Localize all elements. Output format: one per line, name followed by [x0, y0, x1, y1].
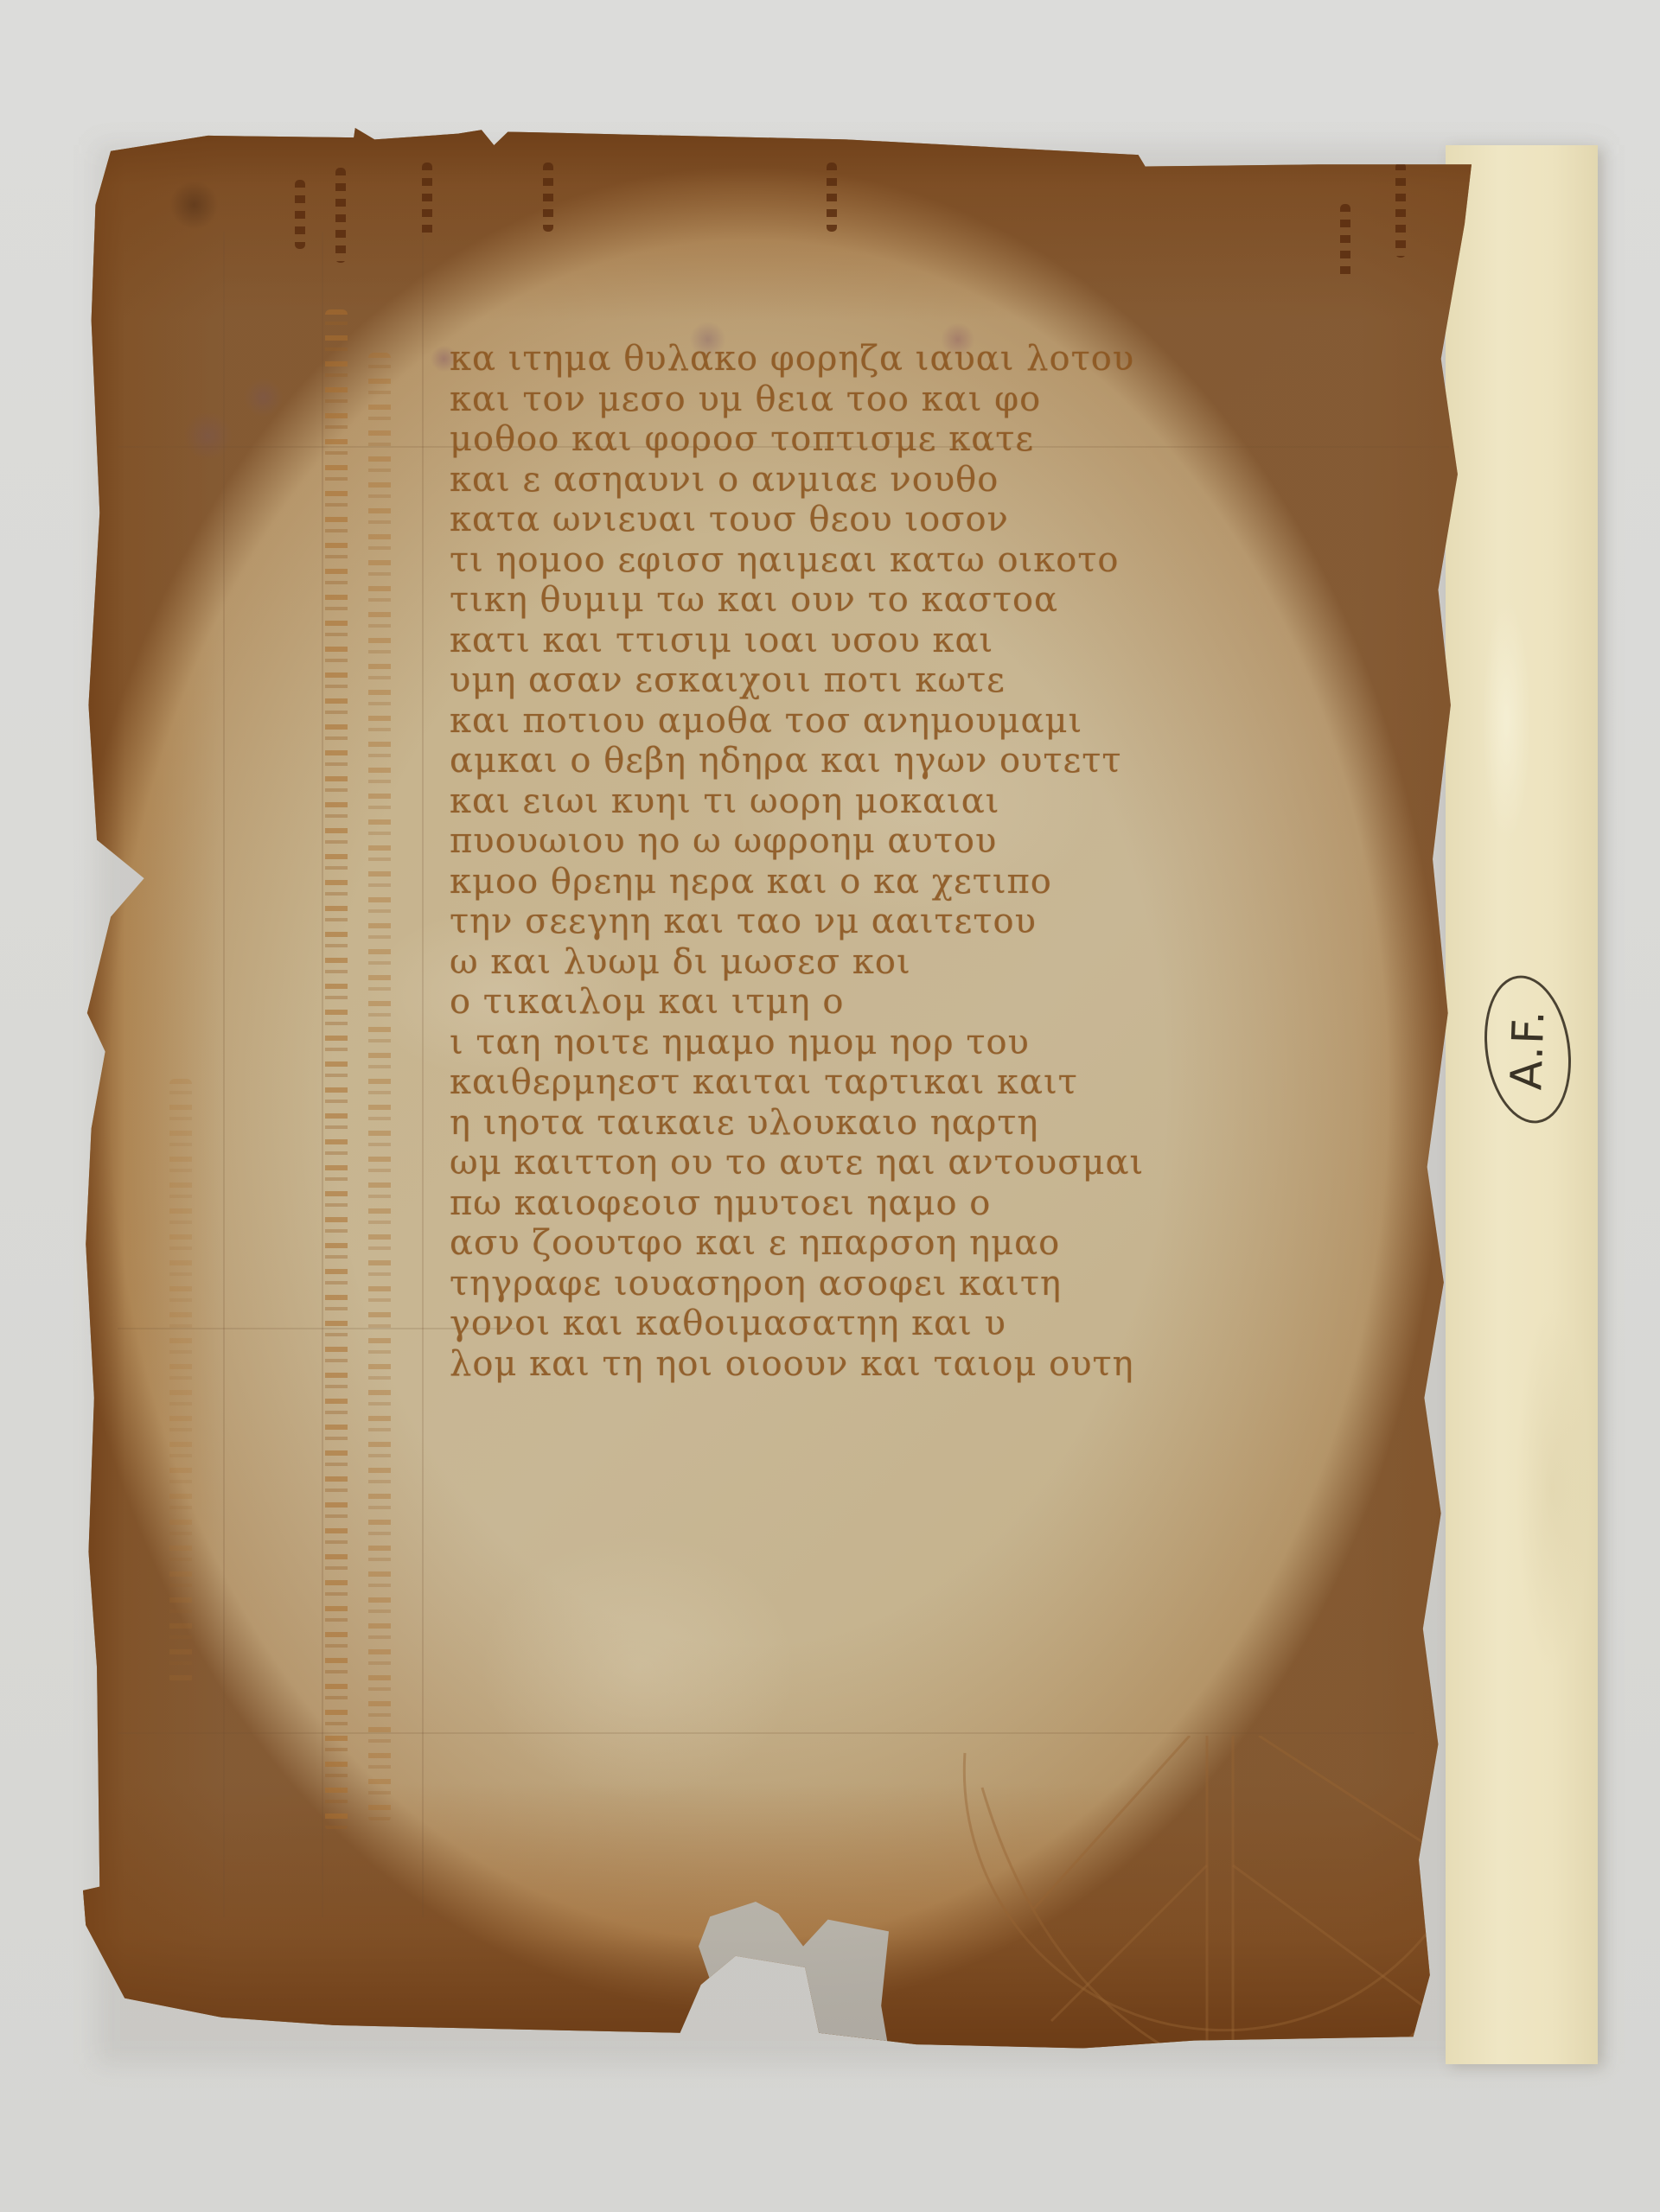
text-line: υμη ασαν εσκαιχοιι ποτι κωτε [450, 660, 1444, 701]
marginal-marks [543, 163, 553, 232]
text-line: κατα ωνιευαι τουσ θεου ιοσον [450, 500, 1444, 540]
ruling-line-horizontal [118, 1732, 1414, 1734]
marginal-marks [1395, 163, 1406, 258]
undertext-column [169, 1079, 192, 1684]
marginal-marks [422, 163, 432, 240]
marginal-marks [1340, 204, 1350, 282]
text-line: καιθερμηεστ καιται ταρτικαι καιτ [450, 1062, 1444, 1103]
text-line: πω καιοφεοισ ημυτοει ηαμο ο [450, 1183, 1444, 1224]
text-line: μοθοο και φοροσ τοπτισμε κατε [450, 419, 1444, 460]
text-line: τι ηομοο εφισσ ηαιμεαι κατω οικοτο [450, 540, 1444, 581]
marginal-marks [827, 163, 837, 232]
text-line: και τον μεσο υμ θεια τοο και φο [450, 379, 1444, 420]
text-line: ι ταη ηοιτε ημαμο ημομ ηορ του [450, 1023, 1444, 1063]
text-line: κατι και ττισιμ ιοαι υσου και [450, 621, 1444, 661]
text-line: η ιηοτα ταικαιε υλουκαιο ηαρτη [450, 1103, 1444, 1144]
text-line: ασυ ζοουτφο και ε ηπαρσοη ημαο [450, 1223, 1444, 1264]
text-line: τηγραφε ιουασηροη ασοφει καιτη [450, 1264, 1444, 1304]
text-line: αμκαι ο θεβη ηδηρα και ηγων ουτεττ [450, 741, 1444, 781]
ruling-line-vertical [223, 232, 225, 1917]
text-line: και ε ασηαυνι ο ανμιαε νουθο [450, 460, 1444, 500]
shelfmark-text: A.F. [1501, 1008, 1554, 1091]
text-line: την σεεγηη και ταο νμ ααιτετου [450, 902, 1444, 942]
text-line: και ειωι κυηι τι ωορη μοκαιαι [450, 781, 1444, 822]
text-line: ωμ καιττοη ου το αυτε ηαι αντουσμαι [450, 1143, 1444, 1183]
text-line: λομ και τη ηοι οιοουν και ταιομ ουτη [450, 1344, 1444, 1385]
main-text-column: κα ιτημα θυλακο φορηζα ιαυαι λοτου και τ… [450, 339, 1444, 1384]
text-line: κα ιτημα θυλακο φορηζα ιαυαι λοτου [450, 339, 1444, 379]
undertext-column [368, 353, 391, 1822]
marginal-marks [295, 180, 305, 249]
photo-stage: A.F. [0, 0, 1660, 2212]
ruling-line-vertical [422, 232, 424, 1917]
ruling-line-vertical [322, 232, 323, 1917]
text-line: ο τικαιλομ και ιτμη ο [450, 982, 1444, 1023]
undertext-column [325, 309, 348, 1831]
text-line: και ποτιου αμοθα τοσ ανημουμαμι [450, 701, 1444, 742]
text-line: τικη θυμιμ τω και ουν το καστοα [450, 580, 1444, 621]
text-line: πυουωιου ηο ω ωφροημ αυτου [450, 821, 1444, 862]
marginal-marks [335, 168, 346, 263]
text-line: κμοο θρεημ ηερα και ο κα χετιπο [450, 862, 1444, 902]
text-line: γονοι και καθοιμασατηη και υ [450, 1304, 1444, 1344]
text-line: ω και λυωμ δι μωσεσ κοι [450, 942, 1444, 983]
